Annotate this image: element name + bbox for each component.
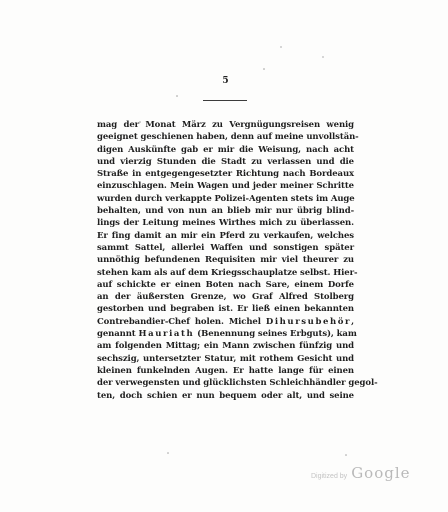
text-line: geeignet geschienen haben, denn auf mein… xyxy=(97,131,354,143)
text-line: gestorben und begraben ist. Er ließ eine… xyxy=(97,303,354,315)
text-line: digen Auskünfte gab er mir die Weisung, … xyxy=(97,144,354,156)
text-line: am folgenden Mittag; ein Mann zwischen f… xyxy=(97,340,354,352)
scan-speck xyxy=(322,56,324,58)
scan-speck xyxy=(263,68,265,70)
text-segment: Contrebandier-Chef holen. Michel xyxy=(97,317,266,327)
body-text: mag der Monat März zu Vergnügungsreisen … xyxy=(97,119,354,402)
google-logo: Google xyxy=(351,464,410,482)
text-line: mag der Monat März zu Vergnügungsreisen … xyxy=(97,119,354,131)
text-line: der verwegensten und glücklichsten Schle… xyxy=(97,377,354,389)
text-line: genannt Hauriath (Benennung seines Erbgu… xyxy=(97,328,354,340)
scan-speck xyxy=(345,454,347,456)
letterspaced-proper-name: Hauriath xyxy=(138,329,194,339)
text-line: Straße in entgegengesetzter Richtung nac… xyxy=(97,168,354,180)
text-line: an der äußersten Grenze, wo Graf Alfred … xyxy=(97,291,354,303)
scan-speck xyxy=(176,95,178,97)
text-line: wurden durch verkappte Polizei-Agenten s… xyxy=(97,193,354,205)
google-watermark: Digitized by Google xyxy=(311,464,411,482)
text-line: ten, doch schien er nun bequem oder alt,… xyxy=(97,390,354,402)
scan-speck xyxy=(280,46,282,48)
text-line: einzuschlagen. Mein Wagen und jeder mein… xyxy=(97,180,354,192)
text-line: auf schickte er einen Boten nach Sare, e… xyxy=(97,279,354,291)
text-line: unnöthig befundenen Requisiten mir viel … xyxy=(97,254,354,266)
text-line: sammt Sattel, allerlei Waffen und sonsti… xyxy=(97,242,354,254)
text-line: stehen kam als auf dem Kriegsschauplatze… xyxy=(97,267,354,279)
page-number: 5 xyxy=(97,76,354,86)
text-segment: , xyxy=(351,317,354,327)
scan-speck xyxy=(167,452,169,454)
text-line: sechszig, untersetzter Statur, mit rothe… xyxy=(97,353,354,365)
scan-speck xyxy=(139,121,141,123)
text-line: behalten, und von nun an blieb mir nur ü… xyxy=(97,205,354,217)
text-segment: genannt xyxy=(97,329,138,339)
book-page: 5 mag der Monat März zu Vergnügungsreise… xyxy=(0,0,448,512)
text-segment: (Benennung seines Erbguts), kam xyxy=(194,329,356,339)
text-line: lings der Leitung meines Wirthes mich zu… xyxy=(97,217,354,229)
letterspaced-proper-name: Dihursubehör xyxy=(266,317,351,327)
text-line: kleinen funkelnden Augen. Er hatte lange… xyxy=(97,365,354,377)
header-rule xyxy=(203,100,247,101)
text-line: Er fing damit an mir ein Pferd zu verkau… xyxy=(97,230,354,242)
digitized-by-label: Digitized by xyxy=(311,473,347,480)
text-line: und vierzig Stunden die Stadt zu verlass… xyxy=(97,156,354,168)
text-line: Contrebandier-Chef holen. Michel Dihursu… xyxy=(97,316,354,328)
